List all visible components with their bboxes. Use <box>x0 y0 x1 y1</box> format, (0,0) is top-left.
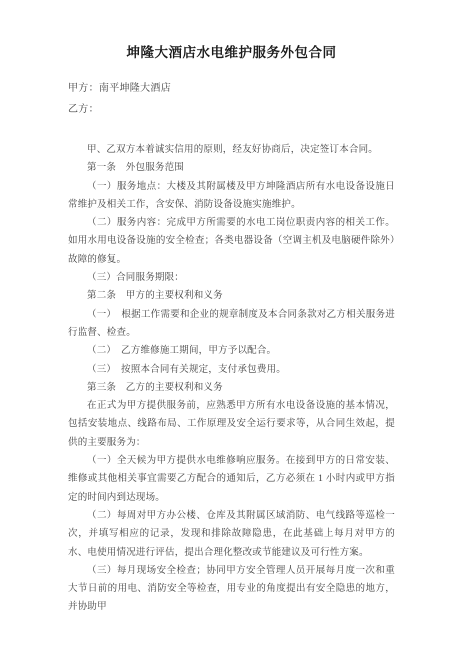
document-body: 甲、乙双方本着诚实信用的原则，经友好协商后，决定签订本合同。第一条 外包服务范围… <box>68 141 395 617</box>
paragraph: （三） 按照本合同有关规定，支付承包费用。 <box>68 361 395 379</box>
parties-block: 甲方：南平坤隆大酒店 乙方： <box>68 78 395 120</box>
contract-page: 坤隆大酒店水电维护服务外包合同 甲方：南平坤隆大酒店 乙方： 甲、乙双方本着诚实… <box>0 0 463 655</box>
paragraph: （三）合同服务期限： <box>68 269 395 287</box>
paragraph: 在正式为甲方提供服务前，应熟悉甲方所有水电设备设施的基本情况，包括安装地点、线路… <box>68 397 395 452</box>
paragraph: （一）服务地点：大楼及其附属楼及甲方坤隆酒店所有水电设备设施日常维护及相关工作，… <box>68 178 395 215</box>
paragraph: 第一条 外包服务范围 <box>68 159 395 177</box>
paragraph: （二） 乙方维修施工期间，甲方予以配合。 <box>68 342 395 360</box>
paragraph: 第二条 甲方的主要权利和义务 <box>68 287 395 305</box>
party-a-line: 甲方：南平坤隆大酒店 <box>68 78 395 99</box>
paragraph: （三）每月现场安全检查；协同甲方安全管理人员开展每月度一次和重大节日前的用电、消… <box>68 562 395 617</box>
paragraph: （二）服务内容：完成甲方所需要的水电工岗位职责内容的相关工作。如用水用电设备设施… <box>68 214 395 269</box>
paragraph: （一）全天候为甲方提供水电维修响应服务。在接到甲方的日常安装、维修或其他相关事宜… <box>68 452 395 507</box>
document-title: 坤隆大酒店水电维护服务外包合同 <box>68 44 395 62</box>
party-b-line: 乙方： <box>68 99 395 120</box>
paragraph: （二）每周对甲方办公楼、仓库及其附属区域消防、电气线路等巡检一次，并填写相应的记… <box>68 507 395 562</box>
paragraph: 第三条 乙方的主要权利和义务 <box>68 379 395 397</box>
paragraph: （一） 根据工作需要和企业的规章制度及本合同条款对乙方相关服务进行监督、检查。 <box>68 306 395 343</box>
paragraph: 甲、乙双方本着诚实信用的原则，经友好协商后，决定签订本合同。 <box>68 141 395 159</box>
